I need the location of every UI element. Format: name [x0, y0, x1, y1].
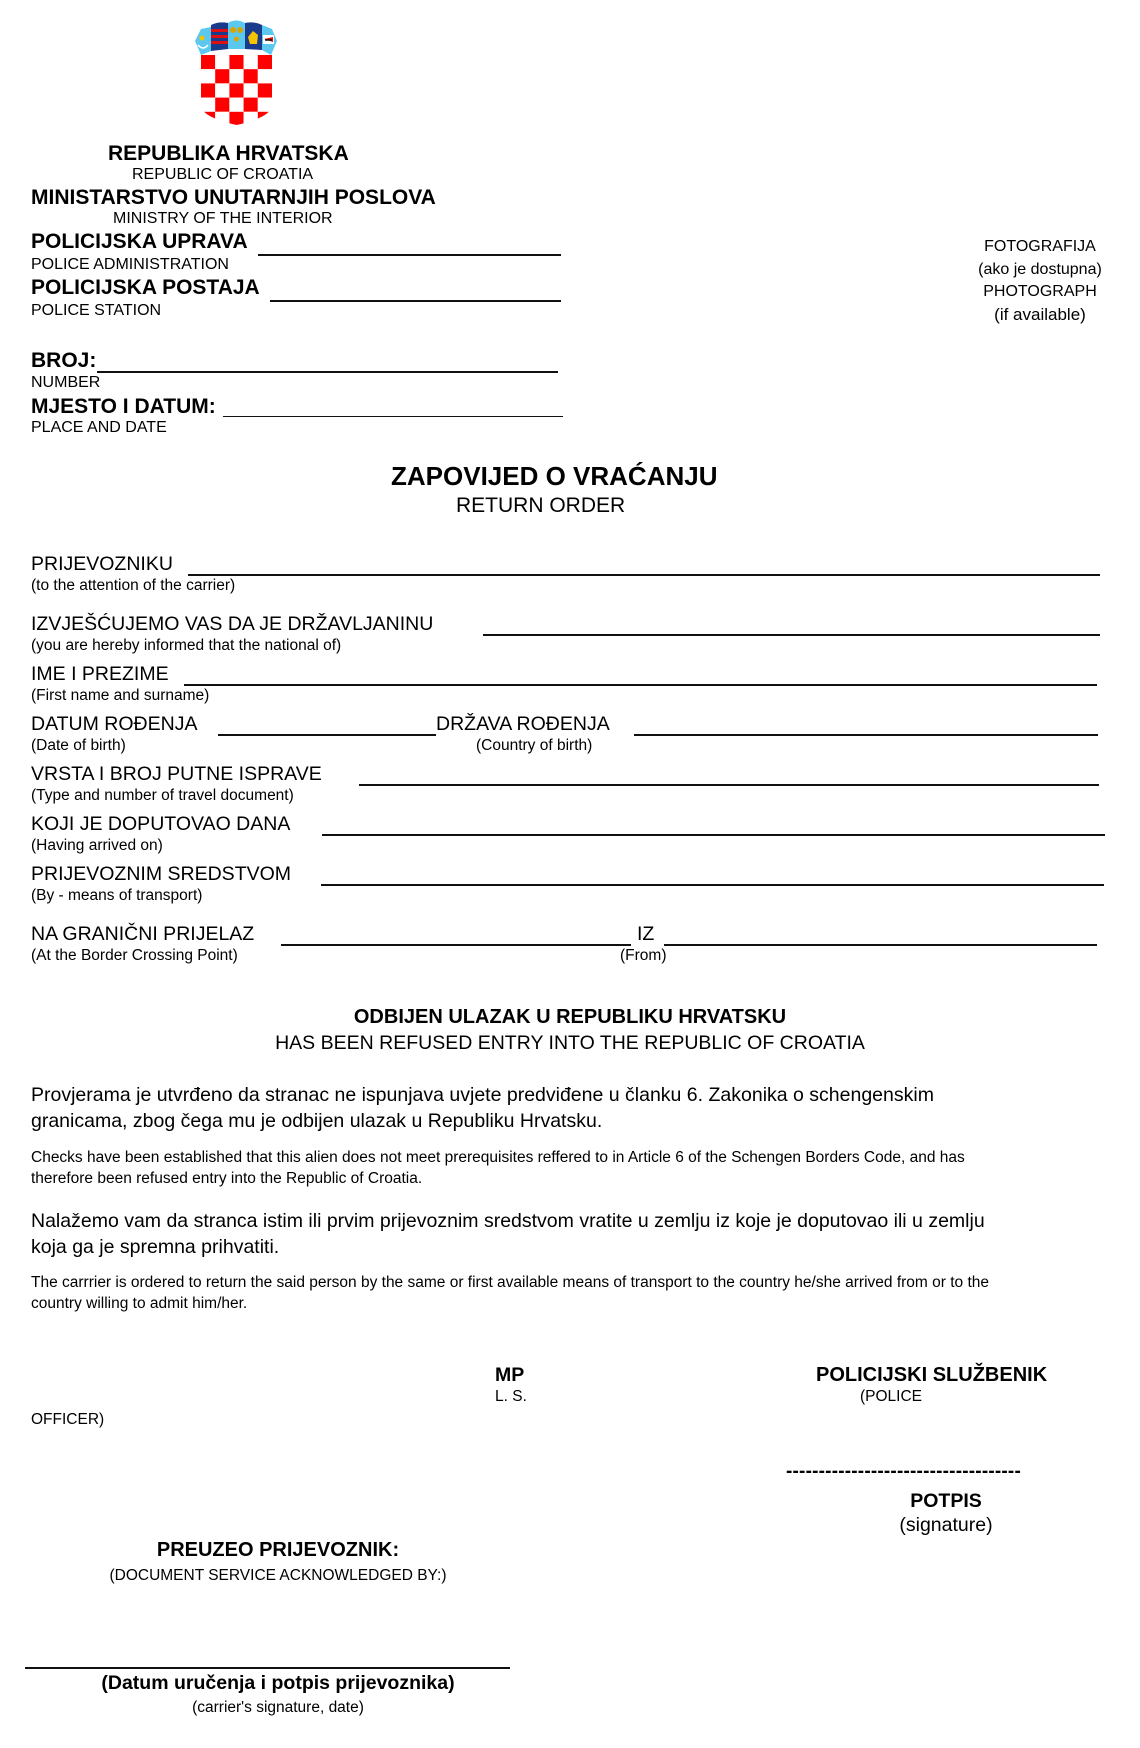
dob-label: DATUM ROĐENJA [31, 713, 197, 736]
officer-label-en-part1: (POLICE [860, 1388, 922, 1406]
croatian-coat-of-arms-icon [193, 17, 279, 125]
document-title-en: RETURN ORDER [456, 494, 625, 518]
dob-field[interactable] [218, 734, 436, 736]
photo-note-en: (if available) [940, 304, 1140, 327]
carrier-signature-label: (Datum uručenja i potpis prijevoznika) [0, 1672, 556, 1695]
photo-label-en: PHOTOGRAPH [940, 281, 1140, 304]
arrival-date-label: KOJI JE DOPUTOVAO DANA [31, 813, 290, 836]
national-label: IZVJEŠĆUJEMO VAS DA JE DRŽAVLJANINU [31, 613, 433, 636]
refusal-paragraph-hr-line1: Provjerama je utvrđeno da stranac ne isp… [31, 1084, 934, 1107]
return-order-paragraph-en-line1: The carrrier is ordered to return the sa… [31, 1274, 989, 1292]
photo-label-hr: FOTOGRAFIJA [940, 236, 1140, 259]
border-crossing-label: NA GRANIČNI PRIJELAZ [31, 923, 254, 946]
from-field[interactable] [664, 944, 1097, 946]
border-crossing-label-en: (At the Border Crossing Point) [31, 947, 238, 965]
dob-label-en: (Date of birth) [31, 737, 126, 755]
name-label: IME I PREZIME [31, 663, 169, 686]
travel-document-label: VRSTA I BROJ PUTNE ISPRAVE [31, 763, 322, 786]
stamp-label-en: L. S. [495, 1388, 527, 1406]
carrier-field[interactable] [188, 574, 1100, 576]
travel-document-field[interactable] [359, 784, 1099, 786]
cob-field[interactable] [634, 734, 1098, 736]
transport-field[interactable] [321, 884, 1104, 886]
carrier-label: PRIJEVOZNIKU [31, 553, 173, 576]
carrier-acknowledged-label-en: (DOCUMENT SERVICE ACKNOWLEDGED BY:) [0, 1567, 556, 1585]
country-name-hr: REPUBLIKA HRVATSKA [108, 142, 349, 166]
ministry-name-hr: MINISTARSTVO UNUTARNJIH POSLOVA [31, 186, 436, 210]
travel-document-label-en: (Type and number of travel document) [31, 787, 294, 805]
arrival-date-field[interactable] [322, 834, 1105, 836]
officer-label-en-part2: OFFICER) [31, 1411, 104, 1429]
national-field[interactable] [483, 634, 1100, 636]
name-label-en: (First name and surname) [31, 687, 209, 705]
officer-label: POLICIJSKI SLUŽBENIK [816, 1364, 1047, 1387]
photo-placeholder: FOTOGRAFIJA (ako je dostupna) PHOTOGRAPH… [940, 236, 1140, 326]
name-field[interactable] [184, 684, 1097, 686]
national-label-en: (you are hereby informed that the nation… [31, 637, 341, 655]
refusal-paragraph-en-line1: Checks have been established that this a… [31, 1149, 965, 1167]
police-station-field[interactable] [270, 300, 561, 302]
ministry-name-en: MINISTRY OF THE INTERIOR [113, 210, 333, 228]
signature-label: POTPIS [786, 1490, 1106, 1513]
return-order-paragraph-en-line2: country willing to admit him/her. [31, 1295, 247, 1313]
police-administration-field[interactable] [258, 254, 561, 256]
officer-signature-line[interactable]: ------------------------------------ [786, 1461, 1021, 1483]
place-date-field[interactable] [223, 416, 563, 417]
transport-label: PRIJEVOZNIM SREDSTVOM [31, 863, 291, 886]
police-administration-label-en: POLICE ADMINISTRATION [31, 256, 229, 274]
refusal-paragraph-hr-line2: granicama, zbog čega mu je odbijen ulaza… [31, 1110, 602, 1133]
number-field[interactable] [97, 371, 558, 373]
return-order-paragraph-hr-line2: koja ga je spremna prihvatiti. [31, 1236, 279, 1259]
number-label-en: NUMBER [31, 374, 100, 392]
refusal-paragraph-en-line2: therefore been refused entry into the Re… [31, 1170, 422, 1188]
photo-note-hr: (ako je dostupna) [940, 259, 1140, 282]
return-order-paragraph-hr-line1: Nalažemo vam da stranca istim ili prvim … [31, 1210, 985, 1233]
stamp-label: MP [495, 1364, 524, 1387]
number-label: BROJ: [31, 349, 96, 373]
signature-label-en: (signature) [786, 1514, 1106, 1537]
refusal-heading-en: HAS BEEN REFUSED ENTRY INTO THE REPUBLIC… [0, 1032, 1140, 1055]
document-title: ZAPOVIJED O VRAĆANJU [391, 461, 718, 492]
from-label-en: (From) [620, 947, 667, 965]
carrier-signature-label-en: (carrier's signature, date) [0, 1699, 556, 1717]
transport-label-en: (By - means of transport) [31, 887, 202, 905]
place-date-label-en: PLACE AND DATE [31, 419, 167, 437]
carrier-label-en: (to the attention of the carrier) [31, 577, 235, 595]
place-date-label: MJESTO I DATUM: [31, 395, 216, 419]
refusal-heading: ODBIJEN ULAZAK U REPUBLIKU HRVATSKU [0, 1006, 1140, 1029]
cob-label-en: (Country of birth) [476, 737, 592, 755]
police-station-label: POLICIJSKA POSTAJA [31, 276, 260, 300]
arrival-date-label-en: (Having arrived on) [31, 837, 163, 855]
police-station-label-en: POLICE STATION [31, 302, 161, 320]
carrier-signature-field[interactable] [25, 1667, 510, 1669]
cob-label: DRŽAVA ROĐENJA [436, 713, 610, 736]
police-administration-label: POLICIJSKA UPRAVA [31, 230, 248, 254]
country-name-en: REPUBLIC OF CROATIA [132, 166, 313, 184]
carrier-acknowledged-label: PREUZEO PRIJEVOZNIK: [0, 1539, 556, 1562]
border-crossing-field[interactable] [281, 944, 631, 946]
from-label: IZ [637, 923, 654, 946]
